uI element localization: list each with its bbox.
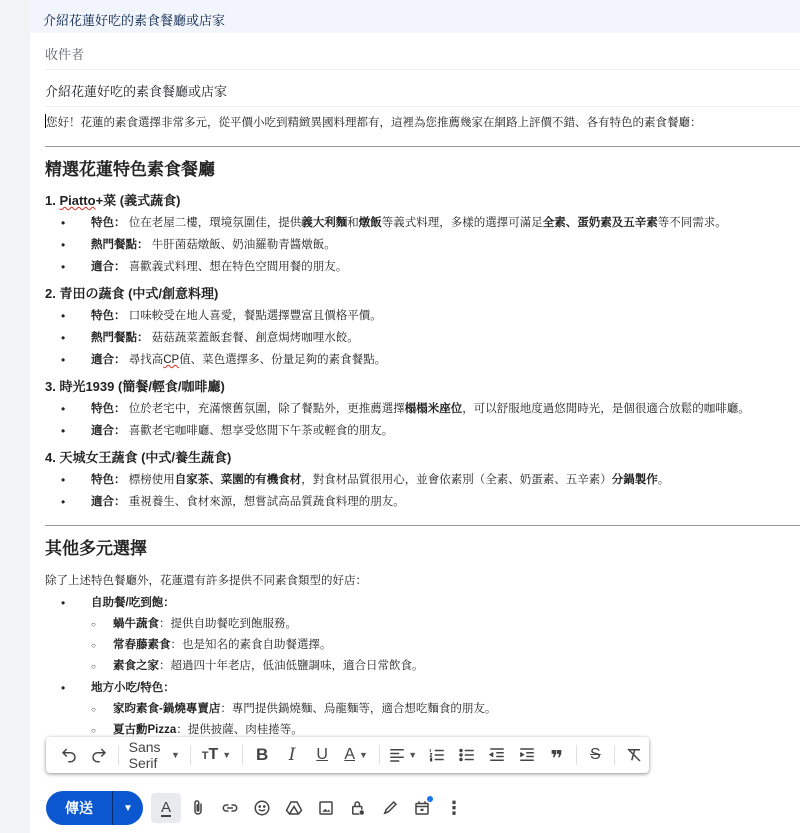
formatting-options-icon: A (161, 800, 171, 817)
category-item: 自助餐/吃到飽： 蝸牛蔬食：提供自助餐吃到飽服務。 常春藤素食：也是知名的素食自… (61, 592, 800, 677)
italic-icon: I (289, 745, 296, 765)
section-heading: 其他多元選擇 (45, 536, 800, 562)
formatting-toolbar: Sans Serif▼ TT▼ B I U A▼ ▼ ❞ S (46, 737, 649, 773)
align-icon (388, 746, 406, 764)
align-button[interactable]: ▼ (386, 741, 420, 769)
redo-button[interactable] (86, 741, 112, 769)
send-button-group: 傳送 ▼ (46, 791, 143, 825)
insert-photo-button[interactable] (311, 793, 341, 823)
remove-formatting-icon (625, 746, 643, 764)
restaurant-details: 特色： 標榜使用自家茶、菜園的有機食材，對食材品質很用心，並會依素別（全素、奶蛋… (45, 469, 800, 513)
divider (45, 525, 800, 526)
font-size-button[interactable]: TT▼ (196, 741, 236, 769)
divider (45, 146, 800, 147)
chevron-down-icon: ▼ (222, 750, 231, 760)
category-list: 自助餐/吃到飽： 蝸牛蔬食：提供自助餐吃到飽服務。 常春藤素食：也是知名的素食自… (45, 592, 800, 741)
underline-icon: U (316, 746, 328, 764)
section-intro: 除了上述特色餐廳外，花蓮還有許多提供不同素食類型的好店： (45, 570, 800, 592)
subject-field[interactable]: 介紹花蓮好吃的素食餐廳或店家 (45, 70, 800, 107)
compose-title: 介紹花蓮好吃的素食餐廳或店家 (43, 13, 225, 28)
recipients-placeholder: 收件者 (45, 47, 84, 62)
confidential-mode-icon (349, 799, 367, 817)
schedule-button[interactable] (407, 793, 437, 823)
restaurant-title: 1. Piatto+菜 (義式蔬食) (45, 191, 800, 211)
spellcheck-word[interactable]: CP (163, 354, 179, 366)
restaurant-title: 2. 青田の蔬食 (中式/創意料理) (45, 284, 800, 304)
strikethrough-button[interactable]: S (582, 741, 608, 769)
list-item: 特色： 位於老宅中，充滿懷舊氛圍，除了餐點外，更推薦選擇榻榻米座位，可以舒服地度… (61, 398, 800, 420)
italic-button[interactable]: I (279, 741, 305, 769)
spellcheck-word[interactable]: Piatto (59, 193, 95, 208)
restaurant-details: 特色： 口味較受在地人喜愛，餐點選擇豐富且價格平價。 熱門餐點： 菇菇蔬菜蓋飯套… (45, 305, 800, 371)
recipients-field[interactable]: 收件者 (45, 33, 800, 70)
restaurant-details: 特色： 位於老宅中，充滿懷舊氛圍，除了餐點外，更推薦選擇榻榻米座位，可以舒服地度… (45, 398, 800, 442)
category-item: 地方小吃/特色： 家昀素食-鍋燒專賣店：專門提供鍋燒麵、烏龍麵等，適合想吃麵食的… (61, 677, 800, 741)
formatting-options-button[interactable]: A (151, 793, 181, 823)
confidential-mode-button[interactable] (343, 793, 373, 823)
toolbar-divider (614, 745, 615, 765)
attach-icon (189, 799, 207, 817)
toolbar-divider (242, 745, 243, 765)
quote-icon: ❞ (550, 748, 563, 770)
restaurant-title: 3. 時光1939 (簡餐/輕食/咖啡廳) (45, 377, 800, 397)
text-color-button[interactable]: A▼ (339, 741, 373, 769)
more-options-icon: ⋮ (445, 799, 463, 817)
bold-button[interactable]: B (249, 741, 275, 769)
list-item: 適合： 重視養生、食材來源，想嘗試高品質蔬食料理的朋友。 (61, 491, 800, 513)
list-item: 適合： 尋找高CP值、菜色選擇多、份量足夠的素食餐點。 (61, 349, 800, 371)
bulleted-list-icon (458, 746, 476, 764)
undo-icon (60, 746, 78, 764)
bold-icon: B (256, 745, 268, 765)
send-button[interactable]: 傳送 (46, 791, 113, 825)
toolbar-divider (190, 745, 191, 765)
toolbar-divider (118, 745, 119, 765)
chevron-down-icon: ▼ (359, 750, 368, 760)
store-list: 家昀素食-鍋燒專賣店：專門提供鍋燒麵、烏龍麵等，適合想吃麵食的朋友。 夏古勳Pi… (61, 699, 800, 741)
chevron-down-icon: ▼ (408, 750, 417, 760)
signature-icon (381, 799, 399, 817)
link-icon (221, 799, 239, 817)
bulleted-list-button[interactable] (454, 741, 480, 769)
emoji-icon (253, 799, 271, 817)
text-color-icon: A (344, 746, 355, 764)
numbered-list-button[interactable] (424, 741, 450, 769)
subject-value: 介紹花蓮好吃的素食餐廳或店家 (45, 84, 227, 99)
font-size-icon: TT (202, 746, 219, 764)
font-family-select[interactable]: Sans Serif▼ (123, 739, 186, 771)
restaurant-title: 4. 天城女王蔬食 (中式/養生蔬食) (45, 448, 800, 468)
compose-window: 介紹花蓮好吃的素食餐廳或店家 收件者 介紹花蓮好吃的素食餐廳或店家 您好！花蓮的… (30, 0, 800, 833)
notification-dot (427, 796, 433, 802)
store-item: 蝸牛蔬食：提供自助餐吃到飽服務。 (91, 614, 800, 635)
quote-button[interactable]: ❞ (544, 741, 570, 769)
store-item: 常春藤素食：也是知名的素食自助餐選擇。 (91, 635, 800, 656)
remove-formatting-button[interactable] (621, 741, 647, 769)
insert-signature-button[interactable] (375, 793, 405, 823)
underline-button[interactable]: U (309, 741, 335, 769)
toolbar-divider (576, 745, 577, 765)
indent-more-button[interactable] (514, 741, 540, 769)
attach-button[interactable] (183, 793, 213, 823)
section-heading: 精選花蓮特色素食餐廳 (45, 157, 800, 183)
insert-drive-button[interactable] (279, 793, 309, 823)
compose-title-bar[interactable]: 介紹花蓮好吃的素食餐廳或店家 (30, 0, 800, 33)
chevron-down-icon: ▼ (171, 750, 180, 760)
font-family-value: Sans Serif (129, 739, 163, 771)
indent-less-icon (488, 746, 506, 764)
list-item: 熱門餐點： 牛肝菌菇燉飯、奶油羅勒青醬燉飯。 (61, 234, 800, 256)
message-body[interactable]: 您好！花蓮的素食選擇非常多元，從平價小吃到精緻異國料理都有，這裡為您推薦幾家在網… (45, 108, 800, 773)
list-item: 特色： 口味較受在地人喜愛，餐點選擇豐富且價格平價。 (61, 305, 800, 327)
send-options-button[interactable]: ▼ (113, 803, 143, 814)
chevron-down-icon: ▼ (123, 803, 133, 814)
indent-less-button[interactable] (484, 741, 510, 769)
list-item: 適合： 喜歡義式料理、想在特色空間用餐的朋友。 (61, 256, 800, 278)
store-item: 家昀素食-鍋燒專賣店：專門提供鍋燒麵、烏龍麵等，適合想吃麵食的朋友。 (91, 699, 800, 720)
store-item: 素食之家：超過四十年老店，低油低鹽調味，適合日常飲食。 (91, 656, 800, 677)
intro-paragraph: 您好！花蓮的素食選擇非常多元，從平價小吃到精緻異國料理都有，這裡為您推薦幾家在網… (45, 108, 800, 134)
indent-more-icon (518, 746, 536, 764)
toolbar-divider (379, 745, 380, 765)
list-item: 特色： 位在老屋二樓，環境氛圍佳，提供義大利麵和燉飯等義式料理，多樣的選擇可滿足… (61, 212, 800, 234)
numbered-list-icon (428, 746, 446, 764)
strikethrough-icon: S (590, 746, 601, 764)
store-list: 蝸牛蔬食：提供自助餐吃到飽服務。 常春藤素食：也是知名的素食自助餐選擇。 素食之… (61, 614, 800, 677)
more-options-button[interactable]: ⋮ (439, 793, 469, 823)
insert-link-button[interactable] (215, 793, 245, 823)
list-item: 特色： 標榜使用自家茶、菜園的有機食材，對食材品質很用心，並會依素別（全素、奶蛋… (61, 469, 800, 491)
undo-button[interactable] (56, 741, 82, 769)
photo-icon (317, 799, 335, 817)
list-item: 適合： 喜歡老宅咖啡廳、想享受悠閒下午茶或輕食的朋友。 (61, 420, 800, 442)
restaurant-details: 特色： 位在老屋二樓，環境氛圍佳，提供義大利麵和燉飯等義式料理，多樣的選擇可滿足… (45, 212, 800, 278)
redo-icon (90, 746, 108, 764)
list-item: 熱門餐點： 菇菇蔬菜蓋飯套餐、創意焗烤咖哩水餃。 (61, 327, 800, 349)
drive-icon (285, 799, 303, 817)
insert-emoji-button[interactable] (247, 793, 277, 823)
send-toolbar: 傳送 ▼ A ⋮ (46, 790, 469, 826)
